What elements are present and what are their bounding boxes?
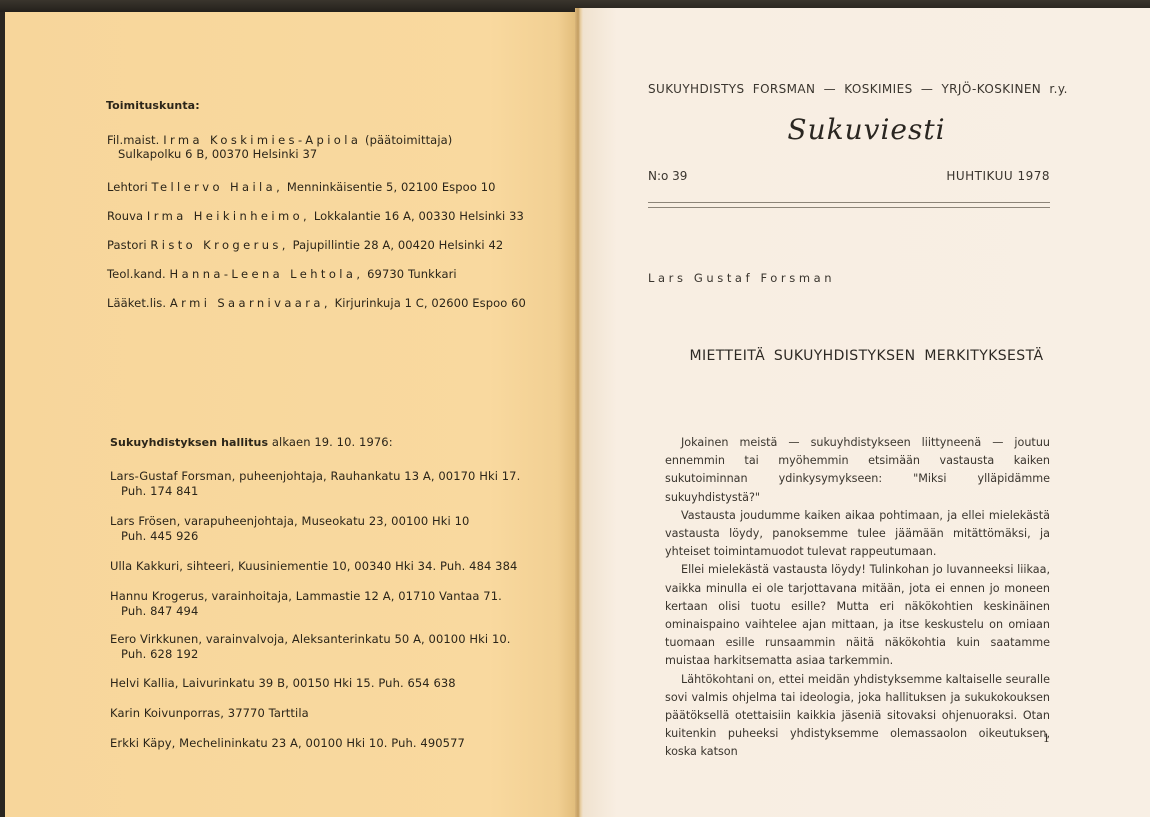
member-name: Tellervo Haila,	[152, 180, 284, 194]
member-address: 69730 Tunkkari	[367, 267, 457, 281]
issue-date: HUHTIKUU 1978	[946, 169, 1050, 183]
article-author: Lars Gustaf Forsman	[648, 271, 835, 285]
board-member-line: Lars-Gustaf Forsman, puheenjohtaja, Rauh…	[110, 469, 520, 483]
board-member-line: Hannu Krogerus, varainhoitaja, Lammastie…	[110, 589, 502, 603]
board-member-phone: Puh. 628 192	[110, 647, 198, 661]
board-member-line: Eero Virkkunen, varainvalvoja, Aleksante…	[110, 632, 511, 646]
editor-entry: Rouva Irma Heikinheimo, Lokkalantie 16 A…	[107, 209, 524, 223]
article-page: SUKUYHDISTYS FORSMAN — KOSKIMIES — YRJÖ-…	[583, 8, 1150, 817]
board-member-line: Karin Koivunporras, 37770 Tarttila	[110, 706, 309, 720]
article-paragraph: Vastausta joudumme kaiken aikaa pohtimaa…	[665, 507, 1050, 562]
member-title: Rouva	[107, 209, 143, 223]
member-name: Armi Saarnivaara,	[170, 296, 331, 310]
member-title: Lehtori	[107, 180, 148, 194]
member-name: Irma Koskimies-Apiola	[163, 133, 361, 147]
article-paragraph: Lähtökohtani on, ettei meidän yhdistykse…	[665, 671, 1050, 762]
editor-entry: Lehtori Tellervo Haila, Menninkäisentie …	[107, 180, 496, 194]
board-heading-bold: Sukuyhdistyksen hallitus	[110, 436, 268, 449]
double-rule-divider	[648, 202, 1050, 208]
editor-entry: Lääket.lis. Armi Saarnivaara, Kirjurinku…	[107, 296, 526, 310]
article-paragraph: Jokainen meistä — sukuyhdistykseen liitt…	[665, 434, 1050, 507]
board-member-line: Helvi Kallia, Laivurinkatu 39 B, 00150 H…	[110, 676, 456, 690]
member-title: Teol.kand.	[107, 267, 166, 281]
board-member-phone: Puh. 174 841	[110, 484, 198, 498]
member-title: Fil.maist.	[107, 133, 159, 147]
member-address: Kirjurinkuja 1 C, 02600 Espoo 60	[335, 296, 526, 310]
newsletter-logo: Sukuviesti	[583, 113, 1150, 146]
editorial-board-heading: Toimituskunta:	[106, 99, 200, 112]
society-masthead: SUKUYHDISTYS FORSMAN — KOSKIMIES — YRJÖ-…	[648, 82, 1068, 96]
member-name: Irma Heikinheimo,	[147, 209, 310, 223]
board-member-line: Lars Frösen, varapuheenjohtaja, Museokat…	[110, 514, 469, 528]
issue-number: N:o 39	[648, 169, 687, 183]
board-member-phone: Puh. 847 494	[110, 604, 198, 618]
board-heading-date: alkaen 19. 10. 1976:	[272, 435, 393, 449]
article-body: Jokainen meistä — sukuyhdistykseen liitt…	[665, 434, 1050, 762]
member-address: Lokkalantie 16 A, 00330 Helsinki 33	[314, 209, 524, 223]
member-address: Menninkäisentie 5, 02100 Espoo 10	[287, 180, 496, 194]
inside-cover-page: Toimituskunta: Fil.maist. Irma Koskimies…	[5, 12, 575, 817]
article-headline: MIETTEITÄ SUKUYHDISTYKSEN MERKITYKSESTÄ	[583, 348, 1150, 364]
editor-entry: Pastori Risto Krogerus, Pajupillintie 28…	[107, 238, 503, 252]
board-heading: Sukuyhdistyksen hallitus alkaen 19. 10. …	[110, 435, 393, 449]
member-name: Hanna-Leena Lehtola,	[170, 267, 364, 281]
article-paragraph: Ellei mielekästä vastausta löydy! Tulink…	[665, 561, 1050, 670]
editor-entry: Fil.maist. Irma Koskimies-Apiola (päätoi…	[107, 133, 452, 147]
board-member-line: Ulla Kakkuri, sihteeri, Kuusiniementie 1…	[110, 559, 517, 573]
book-spine	[575, 8, 583, 817]
page-number: 1	[1043, 732, 1050, 745]
member-title: Lääket.lis.	[107, 296, 166, 310]
member-role: (päätoimittaja)	[365, 133, 452, 147]
editor-address: Sulkapolku 6 B, 00370 Helsinki 37	[107, 147, 317, 161]
member-name: Risto Krogerus,	[150, 238, 288, 252]
board-member-phone: Puh. 445 926	[110, 529, 198, 543]
member-title: Pastori	[107, 238, 147, 252]
member-address: Pajupillintie 28 A, 00420 Helsinki 42	[293, 238, 504, 252]
editor-entry: Teol.kand. Hanna-Leena Lehtola, 69730 Tu…	[107, 267, 457, 281]
board-member-line: Erkki Käpy, Mechelininkatu 23 A, 00100 H…	[110, 736, 465, 750]
